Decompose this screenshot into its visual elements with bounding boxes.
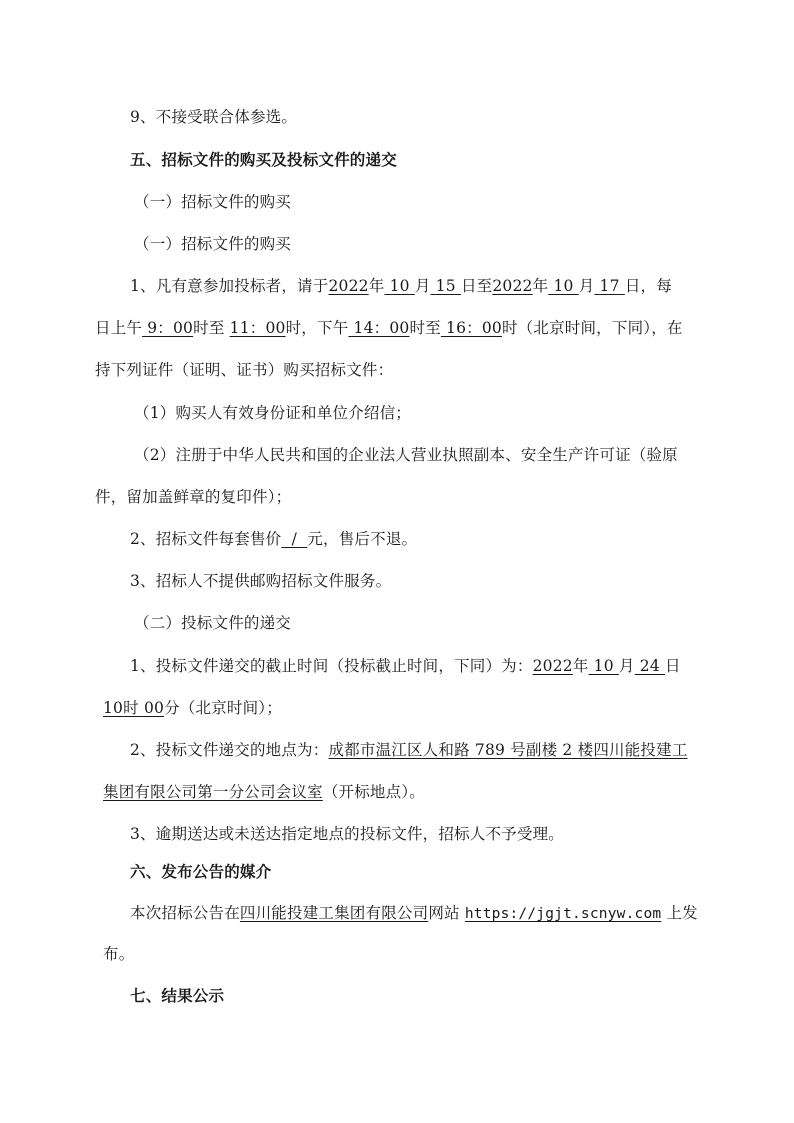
pm-start-time: 14：00	[348, 319, 409, 337]
purchase-period-line-1: 1、凡有意参加投标者，请于2022年 10 月 15 日至2022年 10 月 …	[130, 276, 672, 296]
start-day: 15	[431, 277, 461, 295]
required-doc-2-line-1: （2）注册于中华人民共和国的企业法人营业执照副本、安全生产许可证（验原	[134, 445, 678, 465]
end-day: 17	[594, 277, 624, 295]
text: 1、凡有意参加投标者，请于	[130, 277, 328, 295]
company-name: 四川能投建工集团有限公司	[240, 904, 428, 922]
purchase-period-line-2: 日上午 9：00时至 11：00时，下午 14：00时至 16：00时（北京时间…	[95, 318, 683, 338]
text: 网站	[428, 904, 465, 922]
text: 月	[415, 277, 431, 295]
text: 年	[369, 277, 385, 295]
text: 1、投标文件递交的截止时间（投标截止时间，下同）为：	[130, 657, 533, 675]
section-7-heading: 七、结果公示	[130, 986, 224, 1006]
text: （开标地点）。	[323, 783, 425, 801]
media-line-1: 本次招标公告在四川能投建工集团有限公司网站 https://jgjt.scnyw…	[130, 903, 698, 924]
document-page: 9、不接受联合体参选。 五、招标文件的购买及投标文件的递交 （一）招标文件的购买…	[0, 0, 794, 1123]
deadline-month: 10	[589, 657, 619, 675]
item-9: 9、不接受联合体参选。	[130, 107, 297, 127]
deadline-day: 24	[635, 657, 665, 675]
start-month: 10	[384, 277, 414, 295]
text: 日	[665, 657, 681, 675]
text: 上发	[661, 904, 698, 922]
text: 月	[619, 657, 635, 675]
required-doc-1: （1）购买人有效身份证和单位介绍信；	[134, 403, 411, 423]
deadline-line-2: 10时 00分（北京时间）；	[103, 698, 282, 718]
text: 本次招标公告在	[130, 904, 240, 922]
address: 成都市温江区人和路 789 号副楼 2 楼四川能投建工	[328, 741, 687, 759]
am-end-time: 11：00	[230, 319, 286, 337]
location-line-2: 集团有限公司第一分公司会议室（开标地点）。	[103, 782, 425, 802]
deadline-line-1: 1、投标文件递交的截止时间（投标截止时间，下同）为：2022年 10 月 24 …	[130, 656, 681, 676]
text: 年	[573, 657, 589, 675]
text: 时，下午	[286, 319, 349, 337]
pm-end-time: 16：00	[441, 319, 502, 337]
purchase-period-line-3: 持下列证件（证明、证书）购买招标文件：	[95, 360, 393, 380]
subsection-2-heading: （二）投标文件的递交	[134, 613, 291, 633]
required-doc-2-line-2: 件，留加盖鲜章的复印件）；	[95, 487, 291, 507]
text: 时至	[410, 319, 441, 337]
media-line-2: 布。	[103, 944, 134, 964]
late-submission-note: 3、逾期送达或未送达指定地点的投标文件，招标人不予受理。	[130, 824, 564, 844]
deadline-year: 2022	[533, 657, 573, 675]
website-link[interactable]: https://jgjt.scnyw.com	[465, 906, 661, 922]
deadline-time: 10时 00	[103, 699, 164, 717]
start-year: 2022	[328, 277, 368, 295]
address-continued: 集团有限公司第一分公司会议室	[103, 783, 323, 801]
text: 元，售后不退。	[307, 530, 417, 548]
no-mail-order: 3、招标人不提供邮购招标文件服务。	[130, 571, 391, 591]
am-start-time: 9：00	[142, 319, 193, 337]
end-month: 10	[548, 277, 578, 295]
text: 日至	[461, 277, 492, 295]
section-6-heading: 六、发布公告的媒介	[130, 862, 271, 882]
text: 日，每	[625, 277, 672, 295]
text: 时至	[193, 319, 230, 337]
text: 月	[579, 277, 595, 295]
text: 年	[533, 277, 549, 295]
text: 2、招标文件每套售价	[130, 530, 281, 548]
text: 时（北京时间，下同），在	[502, 319, 683, 337]
subsection-1-heading-duplicate: （一）招标文件的购买	[134, 234, 291, 254]
text: 分（北京时间）；	[164, 699, 282, 717]
subsection-1-heading: （一）招标文件的购买	[134, 192, 291, 212]
text: 日上午	[95, 319, 142, 337]
end-year: 2022	[492, 277, 532, 295]
price-value: /	[281, 530, 307, 548]
section-5-heading: 五、招标文件的购买及投标文件的递交	[130, 150, 397, 170]
document-price: 2、招标文件每套售价 / 元，售后不退。	[130, 529, 417, 549]
location-line-1: 2、投标文件递交的地点为：成都市温江区人和路 789 号副楼 2 楼四川能投建工	[130, 740, 688, 760]
text: 2、投标文件递交的地点为：	[130, 741, 328, 759]
